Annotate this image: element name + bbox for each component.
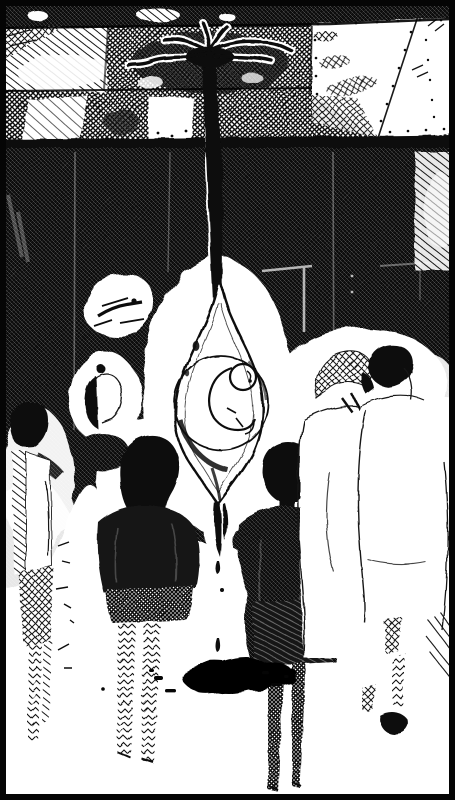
left-woman-skirt — [18, 566, 54, 646]
illustration-page: Black-and-white pen-and-ink crosshatch i… — [0, 0, 455, 800]
figure-far-right-man — [358, 345, 455, 734]
illustration-canvas — [0, 0, 455, 800]
ceiling-white-patch — [148, 96, 194, 145]
boy-shirt — [97, 505, 199, 593]
ceiling-trapezoid-panel — [22, 96, 88, 142]
far-right-man-shirt — [358, 391, 453, 724]
boy-shorts — [106, 586, 194, 623]
